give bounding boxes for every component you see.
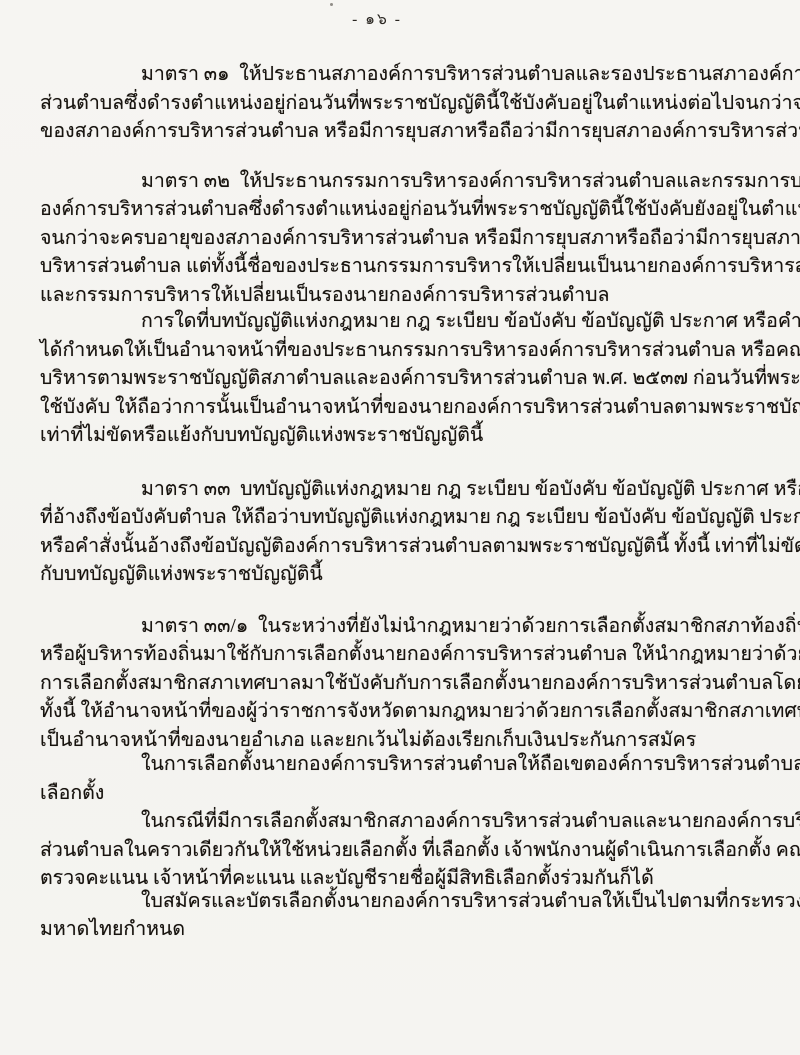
text-line: เลือกตั้ง xyxy=(40,780,762,809)
text-line: ในกรณีที่มีการเลือกตั้งสมาชิกสภาองค์การบ… xyxy=(40,808,762,837)
text-line: การเลือกตั้งสมาชิกสภาเทศบาลมาใช้บังคับกั… xyxy=(40,670,762,699)
text-line: ของสภาองค์การบริหารส่วนตำบล หรือมีการยุบ… xyxy=(40,118,762,147)
text-line: ที่อ้างถึงข้อบังคับตำบล ให้ถือว่าบทบัญญั… xyxy=(40,504,762,533)
text-line: และกรรมการบริหารให้เปลี่ยนเป็นรองนายกองค… xyxy=(40,282,762,311)
text-line: องค์การบริหารส่วนตำบลซึ่งดำรงตำแหน่งอยู่… xyxy=(40,196,762,225)
text-line: ใช้บังคับ ให้ถือว่าการนั้นเป็นอำนาจหน้าท… xyxy=(40,394,762,423)
text-line: บริหารตามพระราชบัญญัติสภาตำบลและองค์การบ… xyxy=(40,365,762,394)
paragraph-matra-32-clause2: การใดที่บทบัญญัติแห่งกฎหมาย กฎ ระเบียบ ข… xyxy=(40,308,762,451)
paragraph-matra-33-1-clause3: ในกรณีที่มีการเลือกตั้งสมาชิกสภาองค์การบ… xyxy=(40,808,762,894)
page-number: - ๑๖ - xyxy=(0,6,754,31)
text-line: ใบสมัครและบัตรเลือกตั้งนายกองค์การบริหาร… xyxy=(40,888,762,917)
text-line: มาตรา ๓๑ ให้ประธานสภาองค์การบริหารส่วนตำ… xyxy=(40,61,762,90)
text-line: จนกว่าจะครบอายุของสภาองค์การบริหารส่วนตำ… xyxy=(40,225,762,254)
text-line: มาตรา ๓๓ บทบัญญัติแห่งกฎหมาย กฎ ระเบียบ … xyxy=(40,476,762,505)
paragraph-matra-33-1: มาตรา ๓๓/๑ ในระหว่างที่ยังไม่นำกฎหมายว่า… xyxy=(40,613,762,756)
text-line: บริหารส่วนตำบล แต่ทั้งนี้ชื่อของประธานกร… xyxy=(40,253,762,282)
paragraph-matra-33-1-clause4: ใบสมัครและบัตรเลือกตั้งนายกองค์การบริหาร… xyxy=(40,888,762,945)
paragraph-matra-33: มาตรา ๓๓ บทบัญญัติแห่งกฎหมาย กฎ ระเบียบ … xyxy=(40,476,762,590)
text-line: เท่าที่ไม่ขัดหรือแย้งกับบทบัญญัติแห่งพระ… xyxy=(40,422,762,451)
paragraph-matra-32: มาตรา ๓๒ ให้ประธานกรรมการบริหารองค์การบร… xyxy=(40,168,762,311)
text-line: การใดที่บทบัญญัติแห่งกฎหมาย กฎ ระเบียบ ข… xyxy=(40,308,762,337)
text-line: มาตรา ๓๓/๑ ในระหว่างที่ยังไม่นำกฎหมายว่า… xyxy=(40,613,762,642)
paragraph-matra-31: มาตรา ๓๑ ให้ประธานสภาองค์การบริหารส่วนตำ… xyxy=(40,61,762,147)
text-line: หรือคำสั่งนั้นอ้างถึงข้อบัญญัติองค์การบร… xyxy=(40,533,762,562)
text-line: ส่วนตำบลซึ่งดำรงตำแหน่งอยู่ก่อนวันที่พระ… xyxy=(40,90,762,119)
scan-speck xyxy=(330,3,333,6)
text-line: มาตรา ๓๒ ให้ประธานกรรมการบริหารองค์การบร… xyxy=(40,168,762,197)
text-line: ได้กำหนดให้เป็นอำนาจหน้าที่ของประธานกรรม… xyxy=(40,337,762,366)
text-line: กับบทบัญญัติแห่งพระราชบัญญัตินี้ xyxy=(40,561,762,590)
paragraph-matra-33-1-clause2: ในการเลือกตั้งนายกองค์การบริหารส่วนตำบลใ… xyxy=(40,751,762,808)
document-body: มาตรา ๓๑ ให้ประธานสภาองค์การบริหารส่วนตำ… xyxy=(40,61,762,945)
text-line: ในการเลือกตั้งนายกองค์การบริหารส่วนตำบลใ… xyxy=(40,751,762,780)
text-line: มหาดไทยกำหนด xyxy=(40,916,762,945)
text-line: ส่วนตำบลในคราวเดียวกันให้ใช้หน่วยเลือกตั… xyxy=(40,837,762,866)
text-line: หรือผู้บริหารท้องถิ่นมาใช้กับการเลือกตั้… xyxy=(40,641,762,670)
text-line: ทั้งนี้ ให้อำนาจหน้าที่ของผู้ว่าราชการจั… xyxy=(40,698,762,727)
document-page: - ๑๖ - มาตรา ๓๑ ให้ประธานสภาองค์การบริหา… xyxy=(0,0,800,1055)
